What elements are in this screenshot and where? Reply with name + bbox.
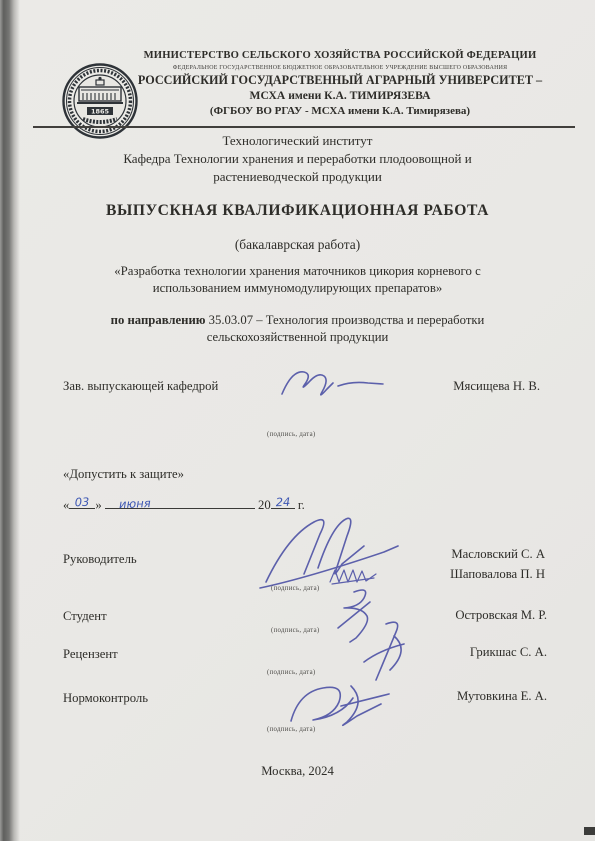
student-label: Студент	[63, 609, 107, 624]
city-year-footer: Москва, 2024	[0, 764, 595, 779]
department-line2: растениеводческой продукции	[0, 169, 595, 185]
date-day-blank: 03	[69, 494, 95, 509]
reviewer-name: Грикшас С. А.	[470, 645, 547, 660]
sign-caption-student: (подпись, дата)	[271, 627, 319, 634]
university-name-line2: МСХА имени К.А. ТИМИРЯЗЕВА	[108, 89, 572, 103]
department-line1: Кафедра Технологии хранения и переработк…	[0, 151, 595, 167]
date-year-handwritten: 24	[270, 495, 294, 510]
date-month-blank: июня	[105, 494, 255, 509]
date-close-quote: »	[95, 498, 101, 512]
direction-line2: сельскохозяйственной продукции	[0, 330, 595, 345]
university-name-line1: РОССИЙСКИЙ ГОСУДАРСТВЕННЫЙ АГРАРНЫЙ УНИВ…	[108, 73, 572, 87]
dept-head-signature	[278, 362, 393, 404]
supervisor-name-1: Масловский С. А	[451, 547, 545, 562]
admit-line: «Допустить к защите»	[63, 467, 184, 482]
institute-name: Технологический институт	[0, 133, 595, 149]
dept-head-name: Мясищева Н. В.	[453, 379, 540, 394]
seal-year: 1865	[91, 108, 110, 116]
work-type: (бакалаврская работа)	[0, 237, 595, 253]
date-suffix: г.	[298, 498, 305, 512]
direction-rest: 35.03.07 – Технология производства и пер…	[205, 313, 484, 327]
supervisor-label: Руководитель	[63, 552, 137, 567]
date-month-handwritten: июня	[105, 492, 255, 511]
university-abbrev-line: (ФГБОУ ВО РГАУ - МСХА имени К.А. Тимиряз…	[108, 105, 572, 118]
fgbou-line: ФЕДЕРАЛЬНОЕ ГОСУДАРСТВЕННОЕ БЮДЖЕТНОЕ ОБ…	[108, 65, 572, 72]
theme-line1: «Разработка технологии хранения маточник…	[0, 264, 595, 279]
reviewer-label: Рецензент	[63, 647, 118, 662]
direction-label: по направлению	[111, 313, 206, 327]
header-divider	[33, 126, 575, 128]
sign-caption-supervisor: (подпись, дата)	[271, 585, 319, 592]
scanner-artifact	[584, 827, 595, 835]
cosupervisor-signature	[328, 566, 380, 586]
sign-caption-reviewer: (подпись, дата)	[267, 669, 315, 676]
sign-caption-normcontrol: (подпись, дата)	[267, 726, 315, 733]
work-title: ВЫПУСКНАЯ КВАЛИФИКАЦИОННАЯ РАБОТА	[0, 202, 595, 220]
normcontrol-name: Мутовкина Е. А.	[457, 689, 547, 704]
date-day-handwritten: 03	[69, 495, 95, 510]
scanner-shadow-left	[0, 0, 20, 841]
date-year-blank: 24	[271, 494, 295, 509]
normcontrol-label: Нормоконтроль	[63, 691, 148, 706]
direction-line1: по направлению 35.03.07 – Технология про…	[0, 313, 595, 328]
student-name: Островская М. Р.	[455, 608, 547, 623]
date-year-prefix: 20	[258, 498, 271, 512]
admit-date-line: «03» июня 2024 г.	[63, 494, 305, 513]
supervisor-name-2: Шаповалова П. Н	[450, 567, 545, 582]
header-block: МИНИСТЕРСТВО СЕЛЬСКОГО ХОЗЯЙСТВА РОССИЙС…	[108, 50, 572, 118]
sign-caption-head: (подпись, дата)	[267, 431, 315, 438]
dept-head-label: Зав. выпускающей кафедрой	[63, 379, 218, 394]
normcontrol-signature	[283, 676, 398, 731]
theme-line2: использованием иммуномодулирующих препар…	[0, 281, 595, 296]
ministry-line: МИНИСТЕРСТВО СЕЛЬСКОГО ХОЗЯЙСТВА РОССИЙС…	[108, 50, 572, 63]
scanned-thesis-title-page: 1865 МИНИСТЕРСТВО СЕЛЬСКОГО ХОЗЯЙСТВА РО…	[0, 0, 595, 841]
